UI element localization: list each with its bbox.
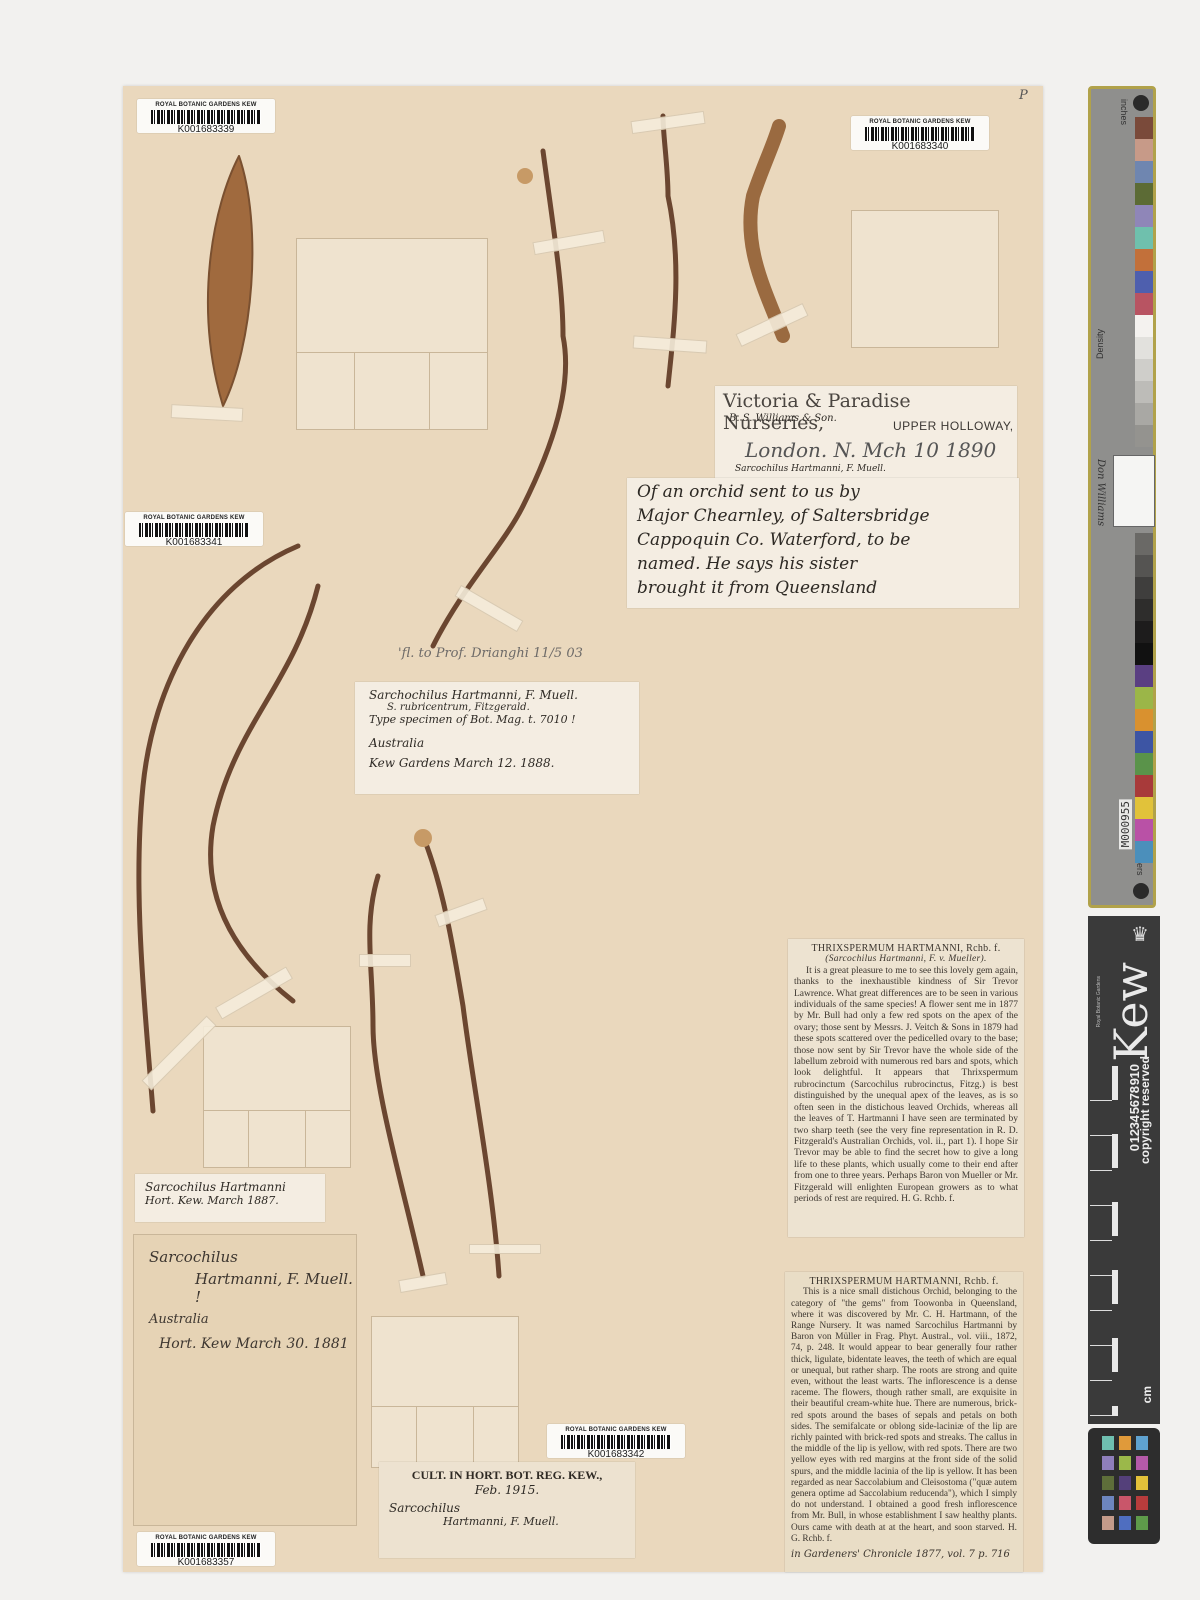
clipping-title: THRIXSPERMUM HARTMANNI, Rchb. f. [791, 1276, 1017, 1287]
color-swatch [1135, 687, 1153, 709]
clipping-title: THRIXSPERMUM HARTMANNI, Rchb. f. [794, 943, 1018, 954]
label-line: Hartmanni, F. Muell. ! [195, 1270, 357, 1306]
annotation-note: 'fl. to Prof. Drianghi 11/5 03 [398, 646, 583, 661]
color-patch [1119, 1456, 1131, 1470]
kew-logo: Kew [1108, 962, 1154, 1062]
nursery-proprietor: B. S. Williams & Son. [729, 413, 837, 424]
ruler-number: 5 [1118, 1107, 1153, 1114]
color-swatch [1135, 621, 1153, 643]
color-swatch [1135, 205, 1153, 227]
clipping-body: This is a nice small distichous Orchid, … [791, 1287, 1017, 1545]
label-line: Sarcochilus [149, 1248, 238, 1266]
color-patch [1102, 1496, 1114, 1510]
letter-line: Major Chearnley, of Saltersbridge [637, 504, 1009, 528]
cult-label-line: Sarcochilus [389, 1501, 625, 1515]
inches-label: inches [1119, 99, 1129, 125]
colorchecker-card [1088, 1428, 1160, 1544]
color-swatch [1135, 227, 1153, 249]
calibration-dot-icon [1133, 883, 1149, 899]
letter-date: London. N. Mch 10 1890 [745, 438, 996, 462]
color-swatch [1135, 731, 1153, 753]
ruler-number: 10 [1118, 1064, 1153, 1078]
nursery-letter-body: Of an orchid sent to us by Major Chearnl… [627, 478, 1019, 608]
color-swatch [1135, 425, 1153, 447]
label-line: Hort. Kew. March 1887. [145, 1194, 315, 1207]
type-label-line: S. rubricentrum, Fitzgerald. [387, 702, 625, 713]
kew-scale-bar: ♛ Kew Royal Botanic Gardens copyright re… [1088, 916, 1160, 1424]
cult-label-line: Feb. 1915. [389, 1483, 625, 1497]
cultivation-label: CULT. IN HORT. BOT. REG. KEW., Feb. 1915… [379, 1462, 635, 1558]
ruler-number: 8 [1118, 1086, 1153, 1093]
nursery-address: UPPER HOLLOWAY, [893, 419, 1014, 433]
letter-line: brought it from Queensland [637, 576, 1009, 600]
color-patch [1136, 1476, 1148, 1490]
color-swatch [1135, 403, 1153, 425]
newspaper-clipping-2: THRIXSPERMUM HARTMANNI, Rchb. f. This is… [785, 1272, 1023, 1572]
color-swatch [1135, 819, 1153, 841]
color-patch [1136, 1496, 1148, 1510]
color-patch [1102, 1516, 1114, 1530]
letter-subject: Sarcochilus Hartmanni, F. Muell. [735, 464, 886, 474]
color-swatch [1135, 117, 1153, 139]
label-line: Hort. Kew March 30. 1881 [159, 1336, 349, 1352]
color-swatch [1135, 381, 1153, 403]
color-swatch [1135, 337, 1153, 359]
nursery-letter-label: Victoria & Paradise Nurseries, B. S. Wil… [715, 386, 1017, 478]
color-patch [1136, 1436, 1148, 1450]
clipping-subtitle: (Sarcochilus Hartmanni, F. v. Mueller). [794, 954, 1018, 965]
mounting-tape [359, 954, 411, 967]
letter-line: Of an orchid sent to us by [637, 480, 1009, 504]
color-swatch [1135, 599, 1153, 621]
label-line: Australia [149, 1312, 209, 1327]
letter-line: Cappoquin Co. Waterford, to be [637, 528, 1009, 552]
type-label-line: Australia [369, 736, 625, 750]
clipping-annotation: in Gardeners' Chronicle 1877, vol. 7 p. … [791, 1549, 1017, 1560]
color-swatch [1135, 533, 1153, 555]
type-label-line: Sarchochilus Hartmanni, F. Muell. [369, 688, 625, 702]
color-swatch [1135, 249, 1153, 271]
cm-ruler-numbers: 10 9 8 7 6 5 4 3 2 1 0 [1118, 1064, 1136, 1151]
color-swatch [1135, 161, 1153, 183]
color-swatch [1135, 643, 1153, 665]
color-swatch [1135, 841, 1153, 863]
color-patch [1119, 1496, 1131, 1510]
color-swatch [1135, 139, 1153, 161]
ruler-number: 9 [1118, 1078, 1153, 1085]
color-swatch [1135, 271, 1153, 293]
label-1881: Sarcochilus Hartmanni, F. Muell. ! Austr… [135, 1232, 357, 1392]
cult-label-line: Hartmanni, F. Muell. [443, 1515, 625, 1528]
color-patch [1119, 1436, 1131, 1450]
mounting-tape [469, 1244, 541, 1254]
herbarium-sheet: P ROYAL BOTANIC GARDENS KEW K001683339 R… [123, 86, 1043, 1572]
color-patch [1102, 1456, 1114, 1470]
brand-label: Don Williams [1095, 459, 1106, 526]
royal-crest-icon: ♛ [1128, 922, 1152, 952]
color-swatch [1135, 709, 1153, 731]
color-swatch [1135, 359, 1153, 381]
newspaper-clipping-1: THRIXSPERMUM HARTMANNI, Rchb. f. (Sarcoc… [788, 939, 1024, 1237]
cm-ruler [1090, 1066, 1112, 1416]
label-line: Sarcochilus Hartmanni [145, 1180, 315, 1194]
color-swatch [1135, 753, 1153, 775]
letter-line: named. He says his sister [637, 552, 1009, 576]
density-label: Density [1095, 329, 1105, 359]
color-swatch [1135, 293, 1153, 315]
calibration-dot-icon [1133, 95, 1149, 111]
ruler-number: 0 [1118, 1144, 1153, 1151]
unit-label: cm [1140, 1386, 1154, 1403]
color-patch [1136, 1516, 1148, 1530]
color-calibration-bar: inches Density Don Williams M000955 cent… [1088, 86, 1156, 908]
resolution-target [1113, 455, 1155, 527]
color-patch [1119, 1516, 1131, 1530]
type-label-line: Kew Gardens March 12. 1888. [369, 756, 625, 770]
color-swatch [1135, 665, 1153, 687]
type-label-line: Type specimen of Bot. Mag. t. 7010 ! [369, 713, 625, 726]
ruler-number: 1 [1118, 1136, 1153, 1143]
color-patch [1136, 1456, 1148, 1470]
type-specimen-label: Sarchochilus Hartmanni, F. Muell. S. rub… [355, 682, 639, 794]
ruler-number: 4 [1118, 1115, 1153, 1122]
color-patch [1119, 1476, 1131, 1490]
color-swatch [1135, 315, 1153, 337]
label-1887: Sarcochilus Hartmanni Hort. Kew. March 1… [135, 1174, 325, 1222]
color-swatch [1135, 577, 1153, 599]
color-swatch [1135, 183, 1153, 205]
clipping-body: It is a great pleasure to me to see this… [794, 966, 1018, 1206]
kew-subtitle: Royal Botanic Gardens [1096, 976, 1102, 1027]
color-patch [1102, 1436, 1114, 1450]
color-swatch [1135, 775, 1153, 797]
color-swatch [1135, 555, 1153, 577]
color-patch [1102, 1476, 1114, 1490]
cult-label-line: CULT. IN HORT. BOT. REG. KEW., [389, 1468, 625, 1483]
scale-id: M000955 [1119, 799, 1132, 849]
color-swatch [1135, 797, 1153, 819]
